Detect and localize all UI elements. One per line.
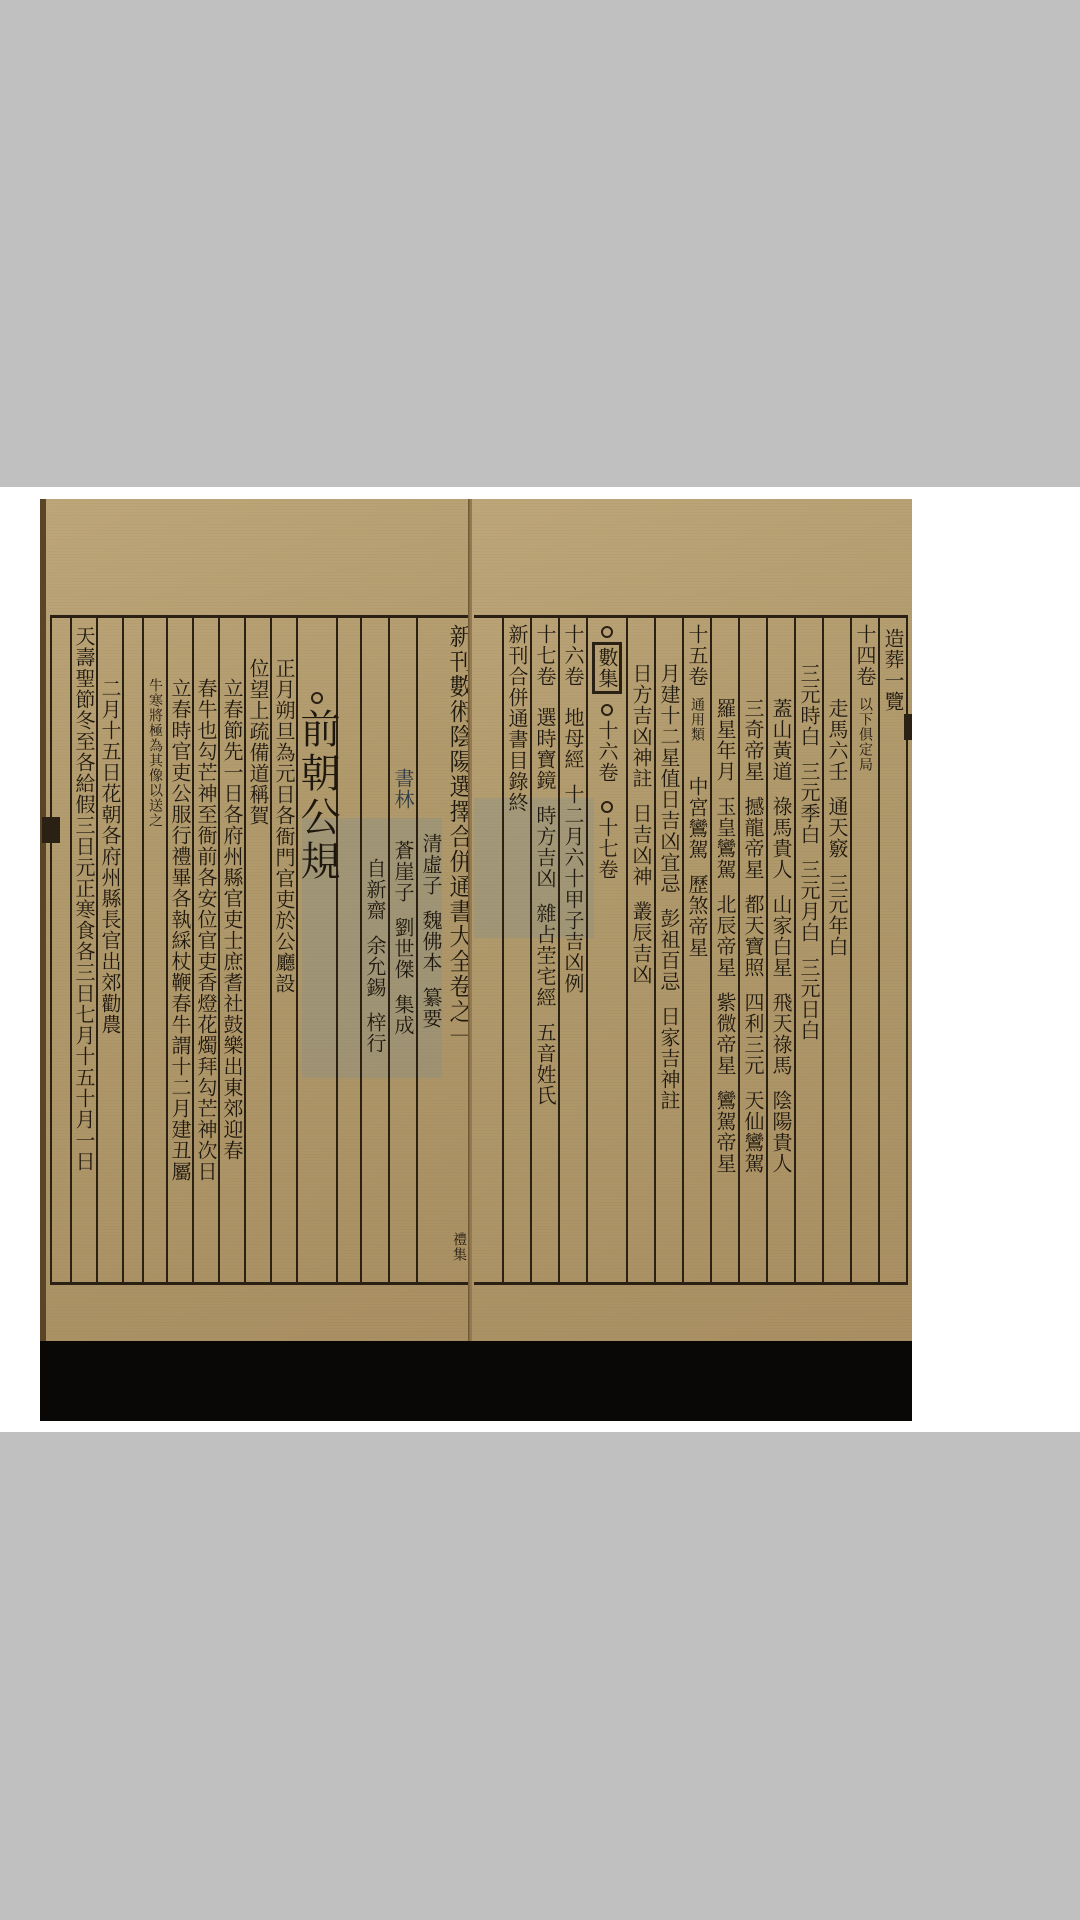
fishtail-mark-icon — [904, 714, 912, 740]
entry: 北辰帝星 — [715, 894, 735, 978]
entry: 陰陽貴人 — [771, 1090, 791, 1174]
role: 纂要 — [421, 987, 441, 1029]
entry: 中宮鸞駕 — [687, 776, 707, 860]
text-column: 立春節先一日各府州縣官吏士庶耆社鼓樂出東郊迎春 — [218, 618, 244, 1282]
entry: 雜占茔宅經 — [535, 903, 555, 1008]
entry: 歷煞帝星 — [687, 874, 707, 958]
entry: 都天寶照 — [743, 894, 763, 978]
viewer-top-background — [0, 0, 1080, 487]
entry: 時方吉凶 — [535, 805, 555, 889]
publisher-label: 書林 — [393, 768, 413, 810]
text-column: 春牛也勾芒神至衙前各安位官吏香燈花燭拜勾芒神次日 — [192, 618, 218, 1282]
text-column: 新刊合併通書目錄終 — [502, 618, 530, 1282]
text-column: 牛寒將極為其像以送之 — [142, 618, 166, 1282]
text-column: 天壽聖節冬至各給假三日元正寒食各三日七月十五十月一日 — [70, 618, 96, 1282]
volume-heading: 十七卷 — [535, 624, 555, 687]
volume-heading: 十六卷 — [563, 624, 583, 687]
text-column: 走馬六壬 通天竅 三元年白 — [822, 618, 850, 1282]
text-column: 正月朔旦為元日各衙門官吏於公廳設 — [270, 618, 296, 1282]
text-column: 數集 十六卷 十七卷 — [586, 618, 626, 1282]
person-name: 魏佛本 — [421, 910, 441, 973]
entry: 四利三元 — [743, 992, 763, 1076]
section-title: 前朝公規 — [297, 708, 337, 884]
person-name: 余允錫 — [365, 935, 385, 998]
text-line: 位望上疏備道稱賀 — [248, 658, 268, 826]
entry: 月建十二星值日吉凶宜忌 — [659, 663, 679, 894]
text-column: 蓋山黃道 祿馬貴人 山家白星 飛天祿馬 陰陽貴人 — [766, 618, 794, 1282]
text-column: 二月十五日花朝各府州縣長官出郊勸農 — [96, 618, 122, 1282]
text-column: 十四卷 以下俱定局 — [850, 618, 878, 1282]
entry: 走馬六壬 — [827, 698, 847, 782]
text-column: 月建十二星值日吉凶宜忌 彭祖百忌 日家吉神註 — [654, 618, 682, 1282]
volume-set-badge: 數集 — [592, 642, 622, 694]
note: 以下俱定局 — [858, 697, 872, 772]
text-line: 天壽聖節冬至各給假三日元正寒食各三日七月十五十月一日 — [74, 626, 94, 1172]
table-of-contents-end: 新刊合併通書目錄終 — [507, 624, 527, 813]
entry: 鸞駕帝星 — [715, 1090, 735, 1174]
volume-label: 禮集 — [452, 1232, 466, 1262]
volume-heading: 十五卷 — [687, 624, 707, 687]
text-line: 二月十五日花朝各府州縣長官出郊勸農 — [100, 678, 120, 1035]
entry: 三元季白 — [799, 761, 819, 845]
entry: 紫微帝星 — [715, 992, 735, 1076]
text-column: 日方吉凶神註 日吉凶神 叢辰吉凶 — [626, 618, 654, 1282]
entry: 撼龍帝星 — [743, 796, 763, 880]
circle-mark-icon — [311, 692, 323, 704]
role: 梓行 — [365, 1012, 385, 1054]
text-column: 十七卷 選時寶鏡 時方吉凶 雜占茔宅經 五音姓氏 — [530, 618, 558, 1282]
entry: 彭祖百忌 — [659, 908, 679, 992]
entry: 選時寶鏡 — [535, 707, 555, 791]
entry: 三元月白 — [799, 859, 819, 943]
entry: 祿馬貴人 — [771, 796, 791, 880]
section-heading: 造葬一覽 — [883, 628, 903, 712]
text-line: 牛寒將極為其像以送之 — [148, 678, 162, 828]
entry: 天仙鸞駕 — [743, 1090, 763, 1174]
left-page: 新刊數術陰陽選擇合併通書大全卷之一 禮集 清虛子 魏佛本 纂要 書林 蒼崖子 劉… — [40, 499, 476, 1341]
entry: 十六卷 — [597, 720, 617, 783]
left-page-columns: 新刊數術陰陽選擇合併通書大全卷之一 禮集 清虛子 魏佛本 纂要 書林 蒼崖子 劉… — [52, 618, 474, 1282]
open-book: 新刊數術陰陽選擇合併通書大全卷之一 禮集 清虛子 魏佛本 纂要 書林 蒼崖子 劉… — [40, 499, 912, 1341]
circle-mark-icon — [601, 704, 613, 716]
text-column: 立春時官吏公服行禮畢各執綵杖鞭春牛謂十二月建丑屬 — [166, 618, 192, 1282]
entry: 叢辰吉凶 — [631, 901, 651, 985]
entry: 十七卷 — [597, 817, 617, 880]
text-column: 三元時白 三元季白 三元月白 三元日白 — [794, 618, 822, 1282]
text-line: 立春時官吏公服行禮畢各執綵杖鞭春牛謂十二月建丑屬 — [170, 678, 190, 1182]
entry: 羅星年月 — [715, 698, 735, 782]
entry: 飛天祿馬 — [771, 992, 791, 1076]
right-page: 造葬一覽 十四卷 以下俱定局 走馬六壬 通天竅 三元年白 三元時白 三元季白 — [472, 499, 912, 1341]
left-page-frame: 新刊數術陰陽選擇合併通書大全卷之一 禮集 清虛子 魏佛本 纂要 書林 蒼崖子 劉… — [50, 615, 474, 1285]
text-column: 羅星年月 玉皇鸞駕 北辰帝星 紫微帝星 鸞駕帝星 — [710, 618, 738, 1282]
col-compiler-2: 書林 蒼崖子 劉世傑 集成 — [388, 618, 416, 1282]
person-name: 劉世傑 — [393, 917, 413, 980]
text-line: 春牛也勾芒神至衙前各安位官吏香燈花燭拜勾芒神次日 — [196, 678, 216, 1182]
text-line: 正月朔旦為元日各衙門官吏於公廳設 — [274, 658, 294, 994]
entry: 山家白星 — [771, 894, 791, 978]
entry: 十二月六十甲子吉凶例 — [563, 784, 583, 994]
text-line: 立春節先一日各府州縣官吏士庶耆社鼓樂出東郊迎春 — [222, 678, 242, 1161]
entry: 三奇帝星 — [743, 698, 763, 782]
text-column: 位望上疏備道稱賀 — [244, 618, 270, 1282]
circle-mark-icon — [601, 626, 613, 638]
col-blank — [122, 618, 142, 1282]
right-page-frame: 造葬一覽 十四卷 以下俱定局 走馬六壬 通天竅 三元年白 三元時白 三元季白 — [474, 615, 908, 1285]
entry: 玉皇鸞駕 — [715, 796, 735, 880]
entry: 日方吉凶神註 — [631, 663, 651, 789]
fishtail-mark-icon — [42, 817, 60, 843]
volume-heading: 十四卷 — [855, 624, 875, 687]
circle-mark-icon — [601, 801, 613, 813]
entry: 三元年白 — [827, 873, 847, 957]
text-column: 十五卷 通用類 中宮鸞駕 歷煞帝星 — [682, 618, 710, 1282]
entry: 通天竅 — [827, 796, 847, 859]
entry: 三元時白 — [799, 663, 819, 747]
entry: 日吉凶神 — [631, 803, 651, 887]
entry: 五音姓氏 — [535, 1022, 555, 1106]
col-section-title: 前朝公規 — [296, 618, 336, 1282]
entry: 日家吉神註 — [659, 1006, 679, 1111]
studio-name: 自新齋 — [365, 858, 385, 921]
pen-name: 清虛子 — [421, 833, 441, 896]
entry: 三元日白 — [799, 957, 819, 1041]
viewer-bottom-background — [0, 1432, 1080, 1920]
text-column: 三奇帝星 撼龍帝星 都天寶照 四利三元 天仙鸞駕 — [738, 618, 766, 1282]
entry: 蓋山黃道 — [771, 698, 791, 782]
col-compiler-1: 清虛子 魏佛本 纂要 — [416, 618, 444, 1282]
right-page-columns: 造葬一覽 十四卷 以下俱定局 走馬六壬 通天竅 三元年白 三元時白 三元季白 — [474, 618, 906, 1282]
role: 集成 — [393, 994, 413, 1036]
category-label: 通用類 — [690, 697, 704, 742]
text-column: 十六卷 地母經 十二月六十甲子吉凶例 — [558, 618, 586, 1282]
entry: 地母經 — [563, 707, 583, 770]
pen-name: 蒼崖子 — [393, 840, 413, 903]
col-compiler-3: 自新齋 余允錫 梓行 — [360, 618, 388, 1282]
scanned-book-image: 新刊數術陰陽選擇合併通書大全卷之一 禮集 清虛子 魏佛本 纂要 書林 蒼崖子 劉… — [40, 499, 912, 1421]
text-column: 造葬一覽 — [878, 618, 906, 1282]
